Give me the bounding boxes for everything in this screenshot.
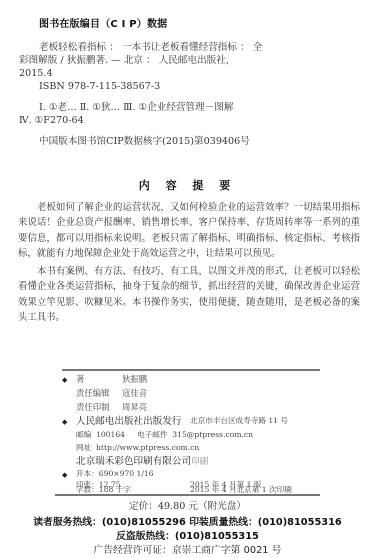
postcode-label: 邮编 xyxy=(76,430,91,439)
summary-paragraph-2: 本书有案例、有方法、有技巧、有工具，以图文并茂的形式，让老板可以轻松看懂企业各类… xyxy=(18,264,360,326)
classification-line-1: Ⅰ. ①老… Ⅱ. ①狄… Ⅲ. ①企业经营管理－图解 xyxy=(39,101,233,114)
piracy-hotline: 反盗版热线：(010)81055315 xyxy=(0,528,375,542)
editor-row: 责任编辑寇佳音 xyxy=(76,386,147,400)
author-row: 著狄振鹏 xyxy=(76,372,147,386)
cip-number: 中国版本图书馆CIP数据核字(2015)第039406号 xyxy=(39,135,250,148)
format-label: 开本： xyxy=(76,469,99,478)
website-label: 网址 xyxy=(76,443,91,452)
bottom-divider xyxy=(55,494,320,496)
cip-line-3: 2015.4 xyxy=(19,67,53,80)
cip-title: 图书在版编目（C I P）数据 xyxy=(39,15,167,30)
email-label: 电子邮件 xyxy=(137,430,167,439)
words-row: 字数：188 千字 xyxy=(76,485,131,494)
top-divider xyxy=(62,369,320,371)
summary-paragraph-1: 老板如何了解企业的运营状况，又如何检验企业的运营效率？一切结果用指标来说话！企业… xyxy=(18,200,360,262)
publisher-address: 北京市丰台区成寿寺路 11 号 xyxy=(190,414,288,428)
summary-title: 内 容 提 要 xyxy=(0,177,375,193)
printer-row: 北京瑞禾彩色印刷有限公司印刷 xyxy=(76,453,208,467)
reader-hotline: 读者服务热线：(010)81055296 印装质量热线：(010)8105531… xyxy=(0,514,375,528)
cip-line-2: 彩图解版 / 狄振鹏著. — 北京 ： 人民邮电出版社, xyxy=(19,54,229,67)
author-name: 狄振鹏 xyxy=(122,374,147,384)
author-label: 著 xyxy=(76,372,122,386)
printer-suffix: 印刷 xyxy=(191,457,208,467)
isbn: ISBN 978-7-115-38567-3 xyxy=(39,80,160,93)
ad-license: 广告经营许可证：京崇工商广字第 0021 号 xyxy=(0,542,375,556)
words-label: 字数： xyxy=(76,485,99,494)
printer-name: 北京瑞禾彩色印刷有限公司 xyxy=(76,456,191,467)
website: http://www.ptpress.com.cn xyxy=(96,443,199,452)
classification-line-2: Ⅳ. ①F270-64 xyxy=(19,114,84,127)
cip-line-1: 老板轻松看指标 ： 一本书让老板看懂经营指标 ： 全 xyxy=(39,41,262,54)
postcode: 100164 xyxy=(96,430,125,439)
price: 定价：49.80 元（附光盘） xyxy=(0,498,375,512)
editor-label: 责任编辑 xyxy=(76,386,122,400)
printing: 2015 年 4 月北京第 1 次印刷 xyxy=(190,485,292,494)
words-value: 188 千字 xyxy=(99,485,131,494)
email: 315@ptpress.com.cn xyxy=(172,430,253,439)
bullet-icon: ◆ xyxy=(62,418,67,426)
bullet-icon: ◆ xyxy=(62,471,67,479)
bullet-icon: ◆ xyxy=(62,376,67,384)
publisher: 人民邮电出版社出版发行 xyxy=(76,413,182,427)
editor-name: 寇佳音 xyxy=(122,388,147,398)
format-value: 690×970 1/16 xyxy=(99,469,154,478)
print-editor-name: 周昇亮 xyxy=(122,402,147,412)
